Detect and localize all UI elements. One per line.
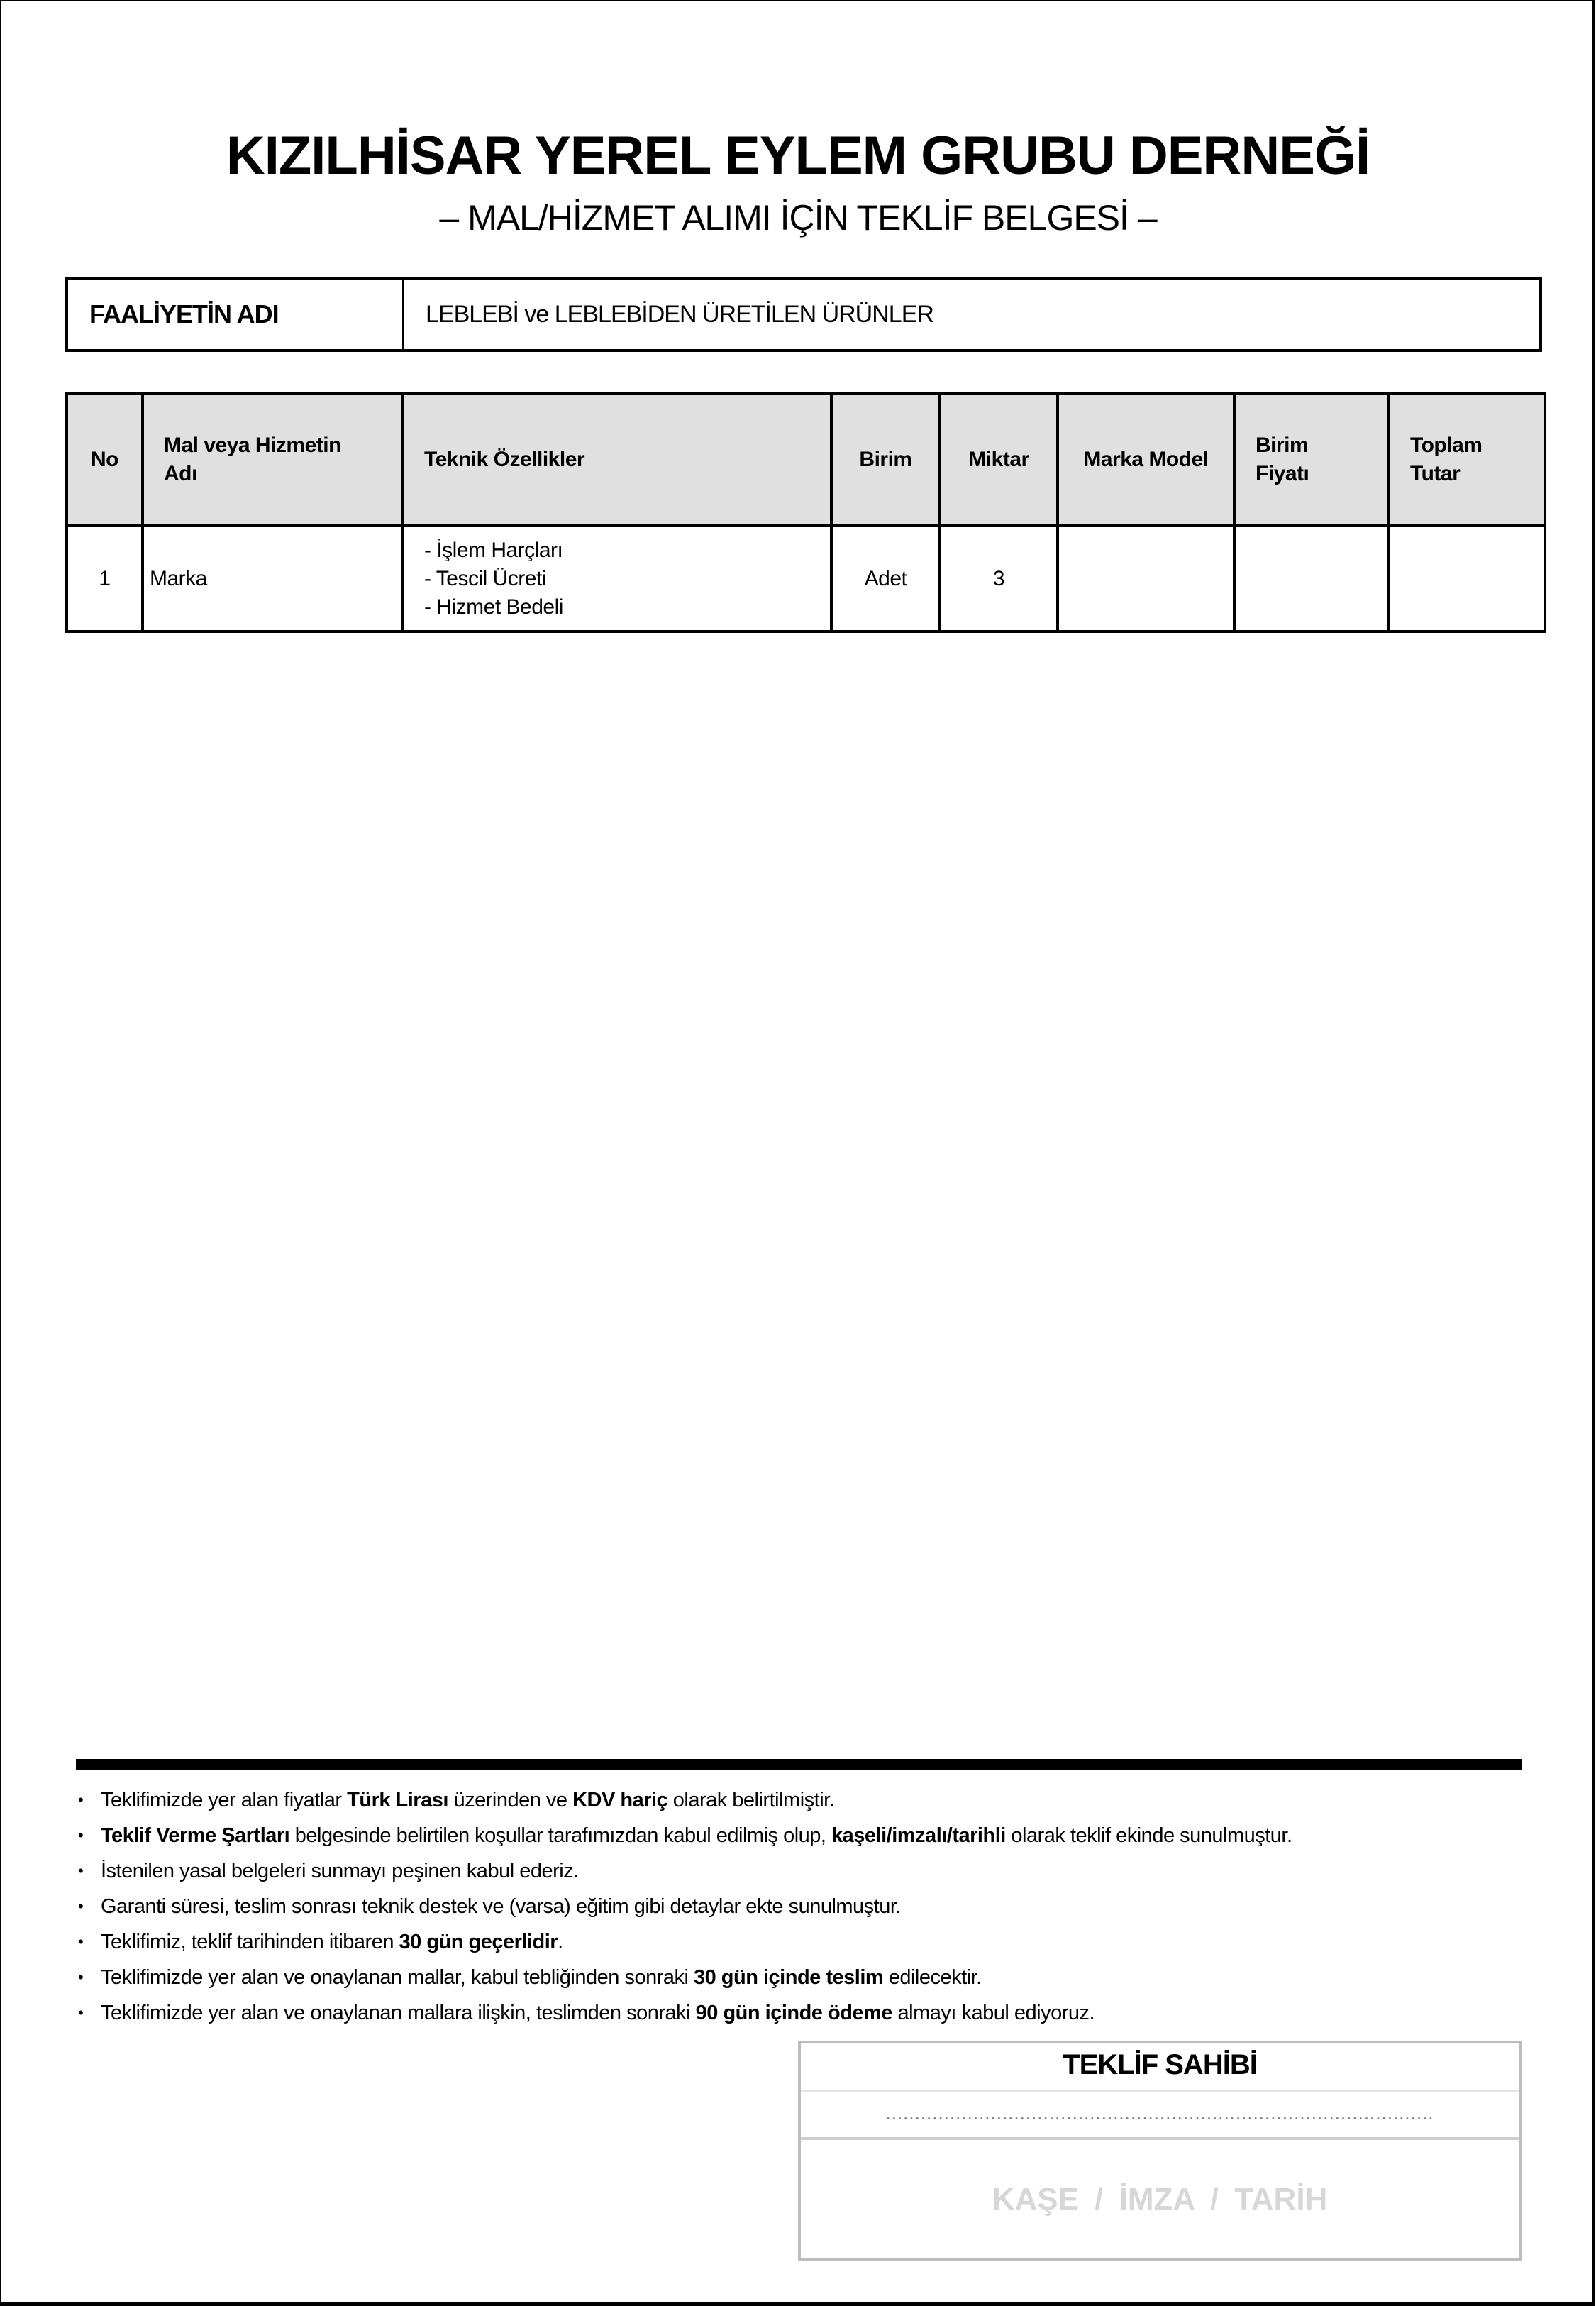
header-qty: Miktar (940, 393, 1058, 526)
emphasis-text: KDV hariç (572, 1789, 667, 1811)
text-run: belgesinde belirtilen koşullar tarafımız… (289, 1824, 831, 1847)
signature-title: TEKLİF SAHİBİ (801, 2043, 1519, 2092)
emphasis-text: 30 gün içinde teslim (694, 1966, 883, 1989)
signature-box: TEKLİF SAHİBİ ..........................… (798, 2041, 1522, 2261)
terms-list-item: •Teklifimiz, teklif tarihinden itibaren … (78, 1924, 1292, 1960)
spec-line: - Hizmet Bedeli (424, 593, 829, 622)
cell-spec: - İşlem Harçları - Tescil Ücreti - Hizme… (403, 526, 831, 631)
text-run: Teklifimizde yer alan ve onaylanan malla… (101, 1966, 694, 1989)
header-unit-price-line2: Fiyatı (1256, 462, 1309, 485)
terms-list-item: •Teklif Verme Şartları belgesinde belirt… (78, 1818, 1292, 1853)
cell-total[interactable] (1389, 526, 1545, 631)
text-run: olarak teklif ekinde sunulmuştur. (1006, 1824, 1292, 1847)
header-total-line1: Toplam (1410, 434, 1482, 457)
terms-list-item: •Teklifimizde yer alan ve onaylanan mall… (78, 1995, 1292, 2031)
emphasis-text: Teklif Verme Şartları (101, 1824, 289, 1847)
text-run: Teklifimizde yer alan ve onaylanan malla… (101, 2002, 696, 2024)
text-run: . (558, 1931, 563, 1953)
cell-unit-price[interactable] (1234, 526, 1389, 631)
text-run: olarak belirtilmiştir. (667, 1789, 834, 1811)
header-unit: Birim (831, 393, 940, 526)
terms-list-item: •İstenilen yasal belgeleri sunmayı peşin… (78, 1853, 1292, 1889)
items-table: No Mal veya HizmetinAdı Teknik Özellikle… (65, 392, 1546, 633)
terms-list: •Teklifimizde yer alan fiyatlar Türk Lir… (78, 1782, 1292, 2031)
text-run: üzerinden ve (448, 1789, 572, 1811)
cell-unit: Adet (831, 526, 940, 631)
bullet-icon: • (78, 1853, 101, 1889)
stamp-signature-date-area[interactable]: KAŞE / İMZA / TARİH (801, 2140, 1519, 2259)
text-run: almayı kabul ediyoruz. (892, 2002, 1095, 2024)
header-spec: Teknik Özellikler (403, 393, 831, 526)
activity-label: FAALİYETİN ADI (68, 280, 404, 349)
text-run: Garanti süresi, teslim sonrası teknik de… (101, 1895, 901, 1918)
header-item-name-line1: Mal veya Hizmetin (164, 434, 341, 457)
bullet-icon: • (78, 1889, 101, 1924)
header-unit-price-line1: Birim (1256, 434, 1308, 457)
header-no: No (67, 393, 143, 526)
terms-list-item: •Teklifimizde yer alan ve onaylanan mall… (78, 1960, 1292, 1995)
bullet-icon: • (78, 1818, 101, 1853)
header-item-name: Mal veya HizmetinAdı (143, 393, 403, 526)
signature-name-line[interactable]: ........................................… (801, 2092, 1519, 2140)
section-divider (76, 1759, 1522, 1770)
header-total-line2: Tutar (1410, 462, 1460, 485)
table-header-row: No Mal veya HizmetinAdı Teknik Özellikle… (67, 393, 1545, 526)
emphasis-text: 30 gün geçerlidir (399, 1931, 558, 1953)
emphasis-text: Türk Lirası (347, 1789, 448, 1811)
cell-brand-model[interactable] (1058, 526, 1234, 631)
bullet-icon: • (78, 1995, 101, 2031)
page-title: KIZILHİSAR YEREL EYLEM GRUBU DERNEĞİ (0, 125, 1596, 187)
emphasis-text: kaşeli/imzalı/tarihli (831, 1824, 1006, 1847)
text-run: Teklifimizde yer alan fiyatlar (101, 1789, 347, 1811)
cell-no: 1 (67, 526, 143, 631)
text-run: Teklifimiz, teklif tarihinden itibaren (101, 1931, 399, 1953)
text-run: İstenilen yasal belgeleri sunmayı peşine… (101, 1860, 579, 1882)
terms-list-item: •Garanti süresi, teslim sonrası teknik d… (78, 1889, 1292, 1924)
terms-list-item: •Teklifimizde yer alan fiyatlar Türk Lir… (78, 1782, 1292, 1818)
table-row: 1 Marka - İşlem Harçları - Tescil Ücreti… (67, 526, 1545, 631)
cell-qty: 3 (940, 526, 1058, 631)
activity-value[interactable]: LEBLEBİ ve LEBLEBİDEN ÜRETİLEN ÜRÜNLER (404, 280, 1539, 349)
header-total: ToplamTutar (1389, 393, 1545, 526)
header-item-name-line2: Adı (164, 462, 197, 485)
bullet-icon: • (78, 1782, 101, 1818)
cell-item-name: Marka (143, 526, 403, 631)
page-subtitle: – MAL/HİZMET ALIMI İÇİN TEKLİF BELGESİ – (0, 197, 1596, 238)
text-run: edilecektir. (883, 1966, 982, 1989)
spec-line: - Tescil Ücreti (424, 565, 829, 593)
bullet-icon: • (78, 1960, 101, 1995)
emphasis-text: 90 gün içinde ödeme (696, 2002, 892, 2024)
bullet-icon: • (78, 1924, 101, 1960)
spec-line: - İşlem Harçları (424, 536, 829, 565)
header-brand-model: Marka Model (1058, 393, 1234, 526)
activity-box: FAALİYETİN ADI LEBLEBİ ve LEBLEBİDEN ÜRE… (65, 277, 1542, 352)
header-unit-price: BirimFiyatı (1234, 393, 1389, 526)
